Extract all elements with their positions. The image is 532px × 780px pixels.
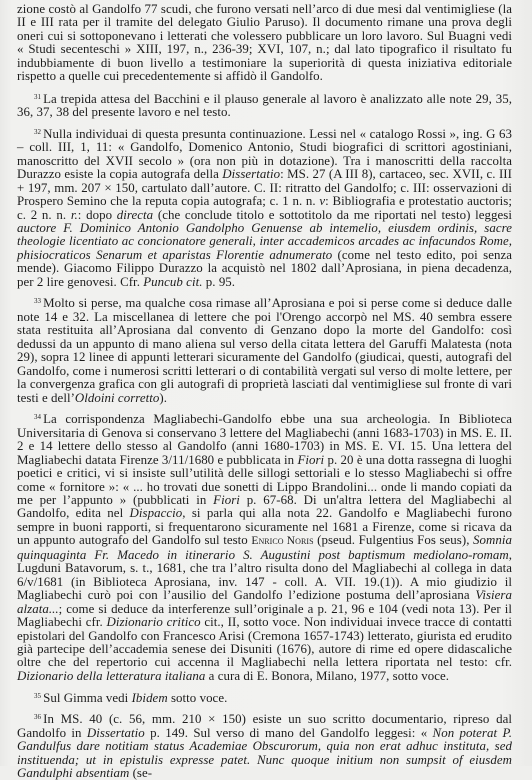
text-segment: p. 95. bbox=[203, 275, 236, 289]
footnote-33: 33Molto si perse, ma qualche cosa rimase… bbox=[17, 297, 512, 405]
footnote-number: 36 bbox=[34, 713, 41, 721]
footnote-number: 34 bbox=[34, 413, 41, 421]
footnote-36: 36In MS. 40 (c. 56, mm. 210 × 150) esist… bbox=[17, 713, 512, 766]
italic-title: Dissertatio bbox=[87, 726, 145, 740]
footnotes-body: zione costò al Gandolfo 77 scudi, che fu… bbox=[17, 3, 512, 766]
author-name: Enrico Noris bbox=[251, 535, 313, 547]
footnote-number: 33 bbox=[34, 297, 41, 305]
footnote-32: 32Nulla individuai di questa presunta co… bbox=[17, 128, 512, 289]
footnote-number: 35 bbox=[34, 692, 41, 700]
footnote-number: 31 bbox=[34, 93, 41, 101]
italic-title: Dizionario critico bbox=[106, 615, 200, 629]
italic-title: Oldoini corretto bbox=[75, 391, 159, 405]
text-segment: La trepida attesa del Bacchini e il plau… bbox=[17, 92, 512, 119]
italic-text: Ibidem bbox=[132, 691, 168, 705]
document-page: zione costò al Gandolfo 77 scudi, che fu… bbox=[0, 0, 532, 766]
text-segment: Sul Gimma vedi bbox=[43, 691, 131, 705]
italic-citation: Puncub cit. bbox=[143, 275, 202, 289]
text-segment: sotto voce. bbox=[168, 691, 228, 705]
text-segment: (che conclude titolo e sottotitolo da me… bbox=[153, 208, 512, 222]
italic-title: Dizionario della letteratura italiana bbox=[17, 669, 205, 683]
italic-title: Dissertatio bbox=[222, 167, 280, 181]
italic-title: Fiori bbox=[213, 493, 240, 507]
paragraph-continuation: zione costò al Gandolfo 77 scudi, che fu… bbox=[17, 3, 512, 84]
text-segment: a cura di E. Bonora, Milano, 1977, sotto… bbox=[205, 669, 449, 683]
italic-title: Dispaccio bbox=[130, 506, 183, 520]
footnote-31: 31La trepida attesa del Bacchini e il pl… bbox=[17, 93, 512, 120]
text-segment: p. 149. Sul verso di mano del Gandolfo l… bbox=[145, 726, 433, 740]
text-segment: Molto si perse, ma qualche cosa rimase a… bbox=[17, 296, 512, 404]
text-segment: (pseud. Fulgentius Fos seus), bbox=[314, 533, 473, 547]
text-segment: zione costò al Gandolfo 77 scudi, che fu… bbox=[17, 2, 512, 83]
italic-text: directa bbox=[117, 208, 153, 222]
footnote-35: 35Sul Gimma vedi Ibidem sotto voce. bbox=[17, 692, 512, 705]
text-segment: ). bbox=[159, 391, 167, 405]
footnote-number: 32 bbox=[34, 128, 41, 136]
italic-text: r. bbox=[71, 208, 78, 222]
italic-title: Fiori bbox=[297, 453, 324, 467]
footnote-34: 34La corrispondenza Magliabechi-Gandolfo… bbox=[17, 413, 512, 683]
text-segment: : dopo bbox=[78, 208, 117, 222]
